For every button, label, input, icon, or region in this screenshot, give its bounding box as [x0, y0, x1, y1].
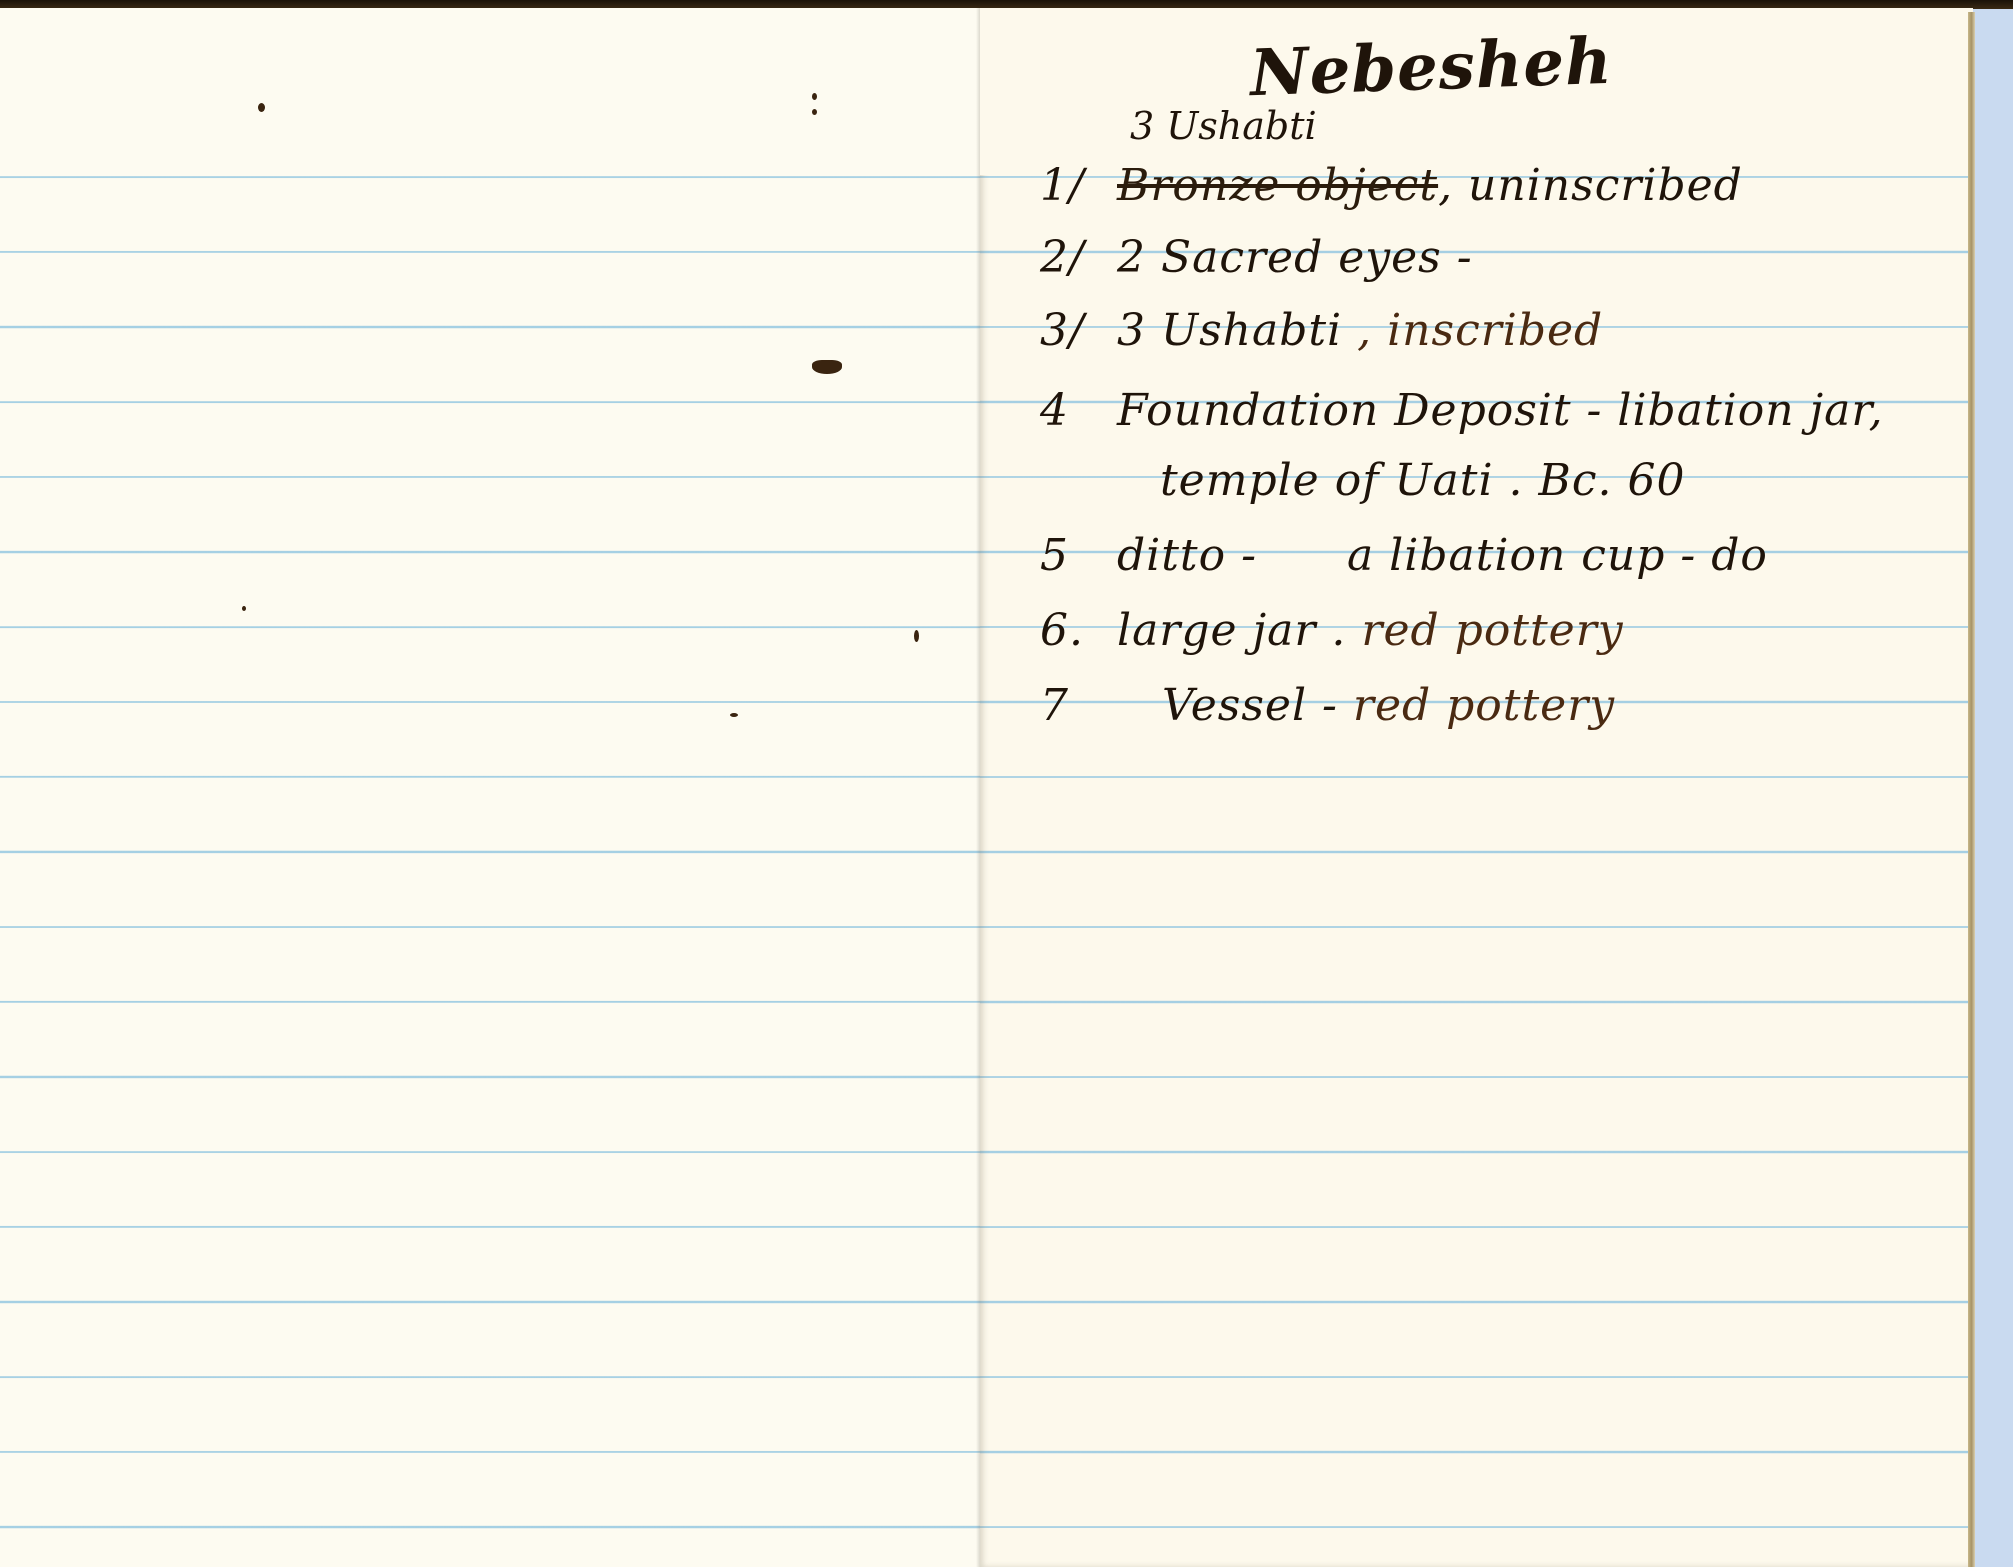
ink-speck	[242, 606, 246, 611]
entry-1-insertion: 3 Ushabti	[1130, 104, 1317, 148]
entry-4-continuation: temple of Uati . Bc. 60	[1160, 455, 1685, 506]
left-page	[0, 8, 980, 1567]
page-edge	[1968, 12, 1975, 1567]
entry-number: 7	[1040, 680, 1102, 731]
ink-blot	[812, 360, 842, 374]
entry-continuation-text: temple of Uati . Bc. 60	[1160, 455, 1685, 506]
ink-speck	[730, 713, 738, 717]
ink-speck	[914, 630, 919, 642]
entry-text: 2 Sacred eyes -	[1117, 232, 1473, 283]
ink-speck	[812, 93, 817, 100]
entry-text-suffix: red pottery	[1361, 605, 1623, 656]
entry-text: Vessel -	[1162, 680, 1338, 731]
entry-number: 3/	[1040, 305, 1102, 356]
entry-text: Foundation Deposit - libation jar,	[1117, 385, 1884, 436]
entry-text: 3 Ushabti	[1117, 305, 1342, 356]
entry-5: 5 ditto - a libation cup - do	[1040, 530, 1768, 581]
entry-1: 1/ Bronze object, uninscribed	[1040, 160, 1743, 211]
entry-text: , uninscribed	[1438, 160, 1743, 211]
ink-speck	[258, 103, 265, 112]
entry-number: 5	[1040, 530, 1102, 581]
entry-text-suffix: a libation cup - do	[1347, 530, 1768, 581]
entry-text: ditto -	[1117, 530, 1257, 581]
entry-text-suffix: red pottery	[1353, 680, 1615, 731]
entry-number: 6.	[1040, 605, 1102, 656]
entry-6: 6. large jar . red pottery	[1040, 605, 1624, 656]
entry-3: 3/ 3 Ushabti , inscribed	[1040, 305, 1603, 356]
entry-2: 2/ 2 Sacred eyes -	[1040, 232, 1473, 283]
entry-text: large jar .	[1117, 605, 1346, 656]
entry-number: 2/	[1040, 232, 1102, 283]
page-title: Nebesheh	[1249, 24, 1614, 112]
ink-speck	[812, 109, 817, 115]
entry-4: 4 Foundation Deposit - libation jar,	[1040, 385, 1884, 436]
struck-text: Bronze object	[1117, 160, 1438, 211]
entry-text-suffix: , inscribed	[1357, 305, 1603, 356]
entry-number: 1/	[1040, 160, 1102, 211]
entry-number: 4	[1040, 385, 1102, 436]
entry-7: 7 Vessel - red pottery	[1040, 680, 1615, 731]
